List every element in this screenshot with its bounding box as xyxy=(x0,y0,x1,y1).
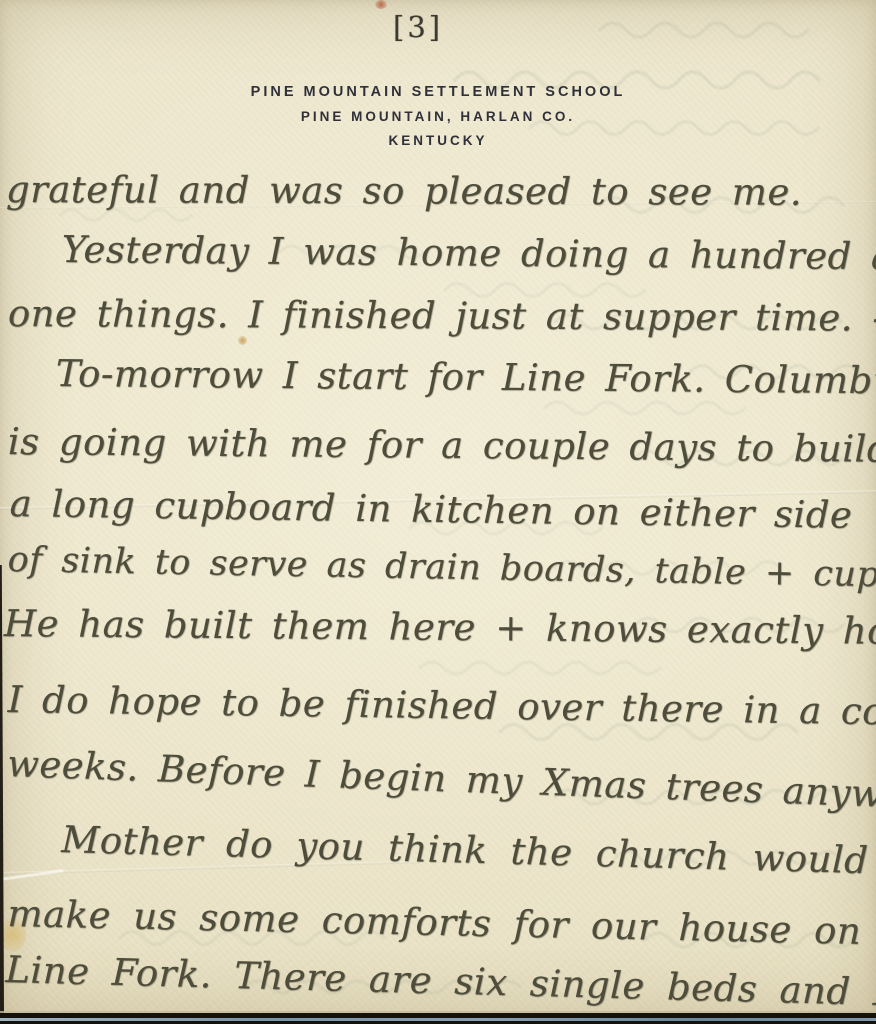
handwritten-line: He has built them here + knows exactly h… xyxy=(4,602,876,653)
letterhead-state: KENTUCKY xyxy=(0,133,876,148)
handwritten-line: Yesterday I was home doing a hundred and xyxy=(62,228,876,279)
letter-scan-page: [3] PINE MOUNTAIN SETTLEMENT SCHOOL PINE… xyxy=(0,0,876,1024)
handwritten-line: one things. I finished just at supper ti… xyxy=(8,292,876,340)
paper-stain xyxy=(238,336,247,345)
letterhead-school-name: PINE MOUNTAIN SETTLEMENT SCHOOL xyxy=(0,84,876,100)
handwritten-line: grateful and was so pleased to see me. xyxy=(6,168,802,214)
handwritten-line: is going with me for a couple days to bu… xyxy=(8,420,876,471)
scanner-bed-line xyxy=(0,1018,876,1021)
page-number-annotation: [3] xyxy=(393,10,443,44)
letterhead-location: PINE MOUNTAIN, HARLAN CO. xyxy=(0,109,876,124)
paper-stain xyxy=(375,0,387,9)
handwritten-line: To-morrow I start for Line Fork. Columbu… xyxy=(56,352,876,403)
